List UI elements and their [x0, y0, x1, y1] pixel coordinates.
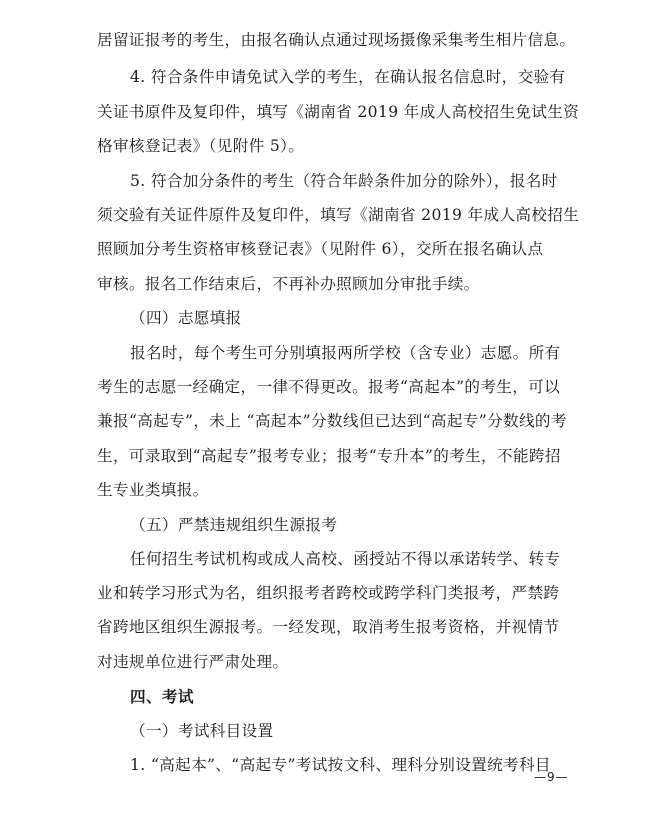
body-text-line: 兼报“高起专”，未上 “高起本”分数线但已达到“高起专”分数线的考	[97, 411, 567, 431]
body-text-line: 居留证报考的考生，由报名确认点通过现场摄像采集考生相片信息。	[97, 30, 575, 50]
chapter-heading-exam: 四、考试	[130, 687, 194, 707]
body-text-line: 格审核登记表》（见附件 5）。	[97, 136, 304, 156]
page-number: —9—	[534, 770, 569, 784]
body-text-line: 考生的志愿一经确定，一律不得更改。报考“高起本”的考生，可以	[97, 377, 560, 397]
section-heading-4: （四）志愿填报	[130, 308, 242, 328]
body-text-line: 审核。报名工作结束后，不再补办照顾加分审批手续。	[97, 274, 480, 294]
body-text-line: 关证书原件及复印件，填写《湖南省 2019 年成人高校招生免试生资	[97, 102, 579, 122]
section-heading-1: （一）考试科目设置	[130, 721, 274, 741]
body-text-line: 须交验有关证件原件及复印件，填写《湖南省 2019 年成人高校招生	[97, 205, 579, 225]
body-text-line: 生专业类填报。	[97, 480, 209, 500]
paragraph-start: 任何招生考试机构或成人高校、函授站不得以承诺转学、转专	[130, 549, 560, 569]
list-item-5: 5. 符合加分条件的考生（符合年龄条件加分的除外），报名时	[130, 171, 558, 191]
paragraph-start: 报名时，每个考生可分别填报两所学校（含专业）志愿。所有	[130, 343, 560, 363]
body-text-line: 对违规单位进行严肃处理。	[97, 652, 288, 672]
section-heading-5: （五）严禁违规组织生源报考	[130, 515, 337, 535]
list-item-1: 1. “高起本”、“高起专”考试按文科、理科分别设置统考科目	[130, 755, 551, 775]
body-text-line: 照顾加分考生资格审核登记表》（见附件 6），交所在报名确认点	[97, 239, 543, 259]
body-text-line: 生，可录取到“高起专”报考专业；报考“专升本”的考生，不能跨招	[97, 446, 561, 466]
body-text-line: 省跨地区组织生源报考。一经发现，取消考生报考资格，并视情节	[97, 617, 559, 637]
list-item-4: 4. 符合条件申请免试入学的考生，在确认报名信息时，交验有	[130, 67, 565, 87]
body-text-line: 业和转学习形式为名，组织报考者跨校或跨学科门类报考，严禁跨	[97, 583, 559, 603]
